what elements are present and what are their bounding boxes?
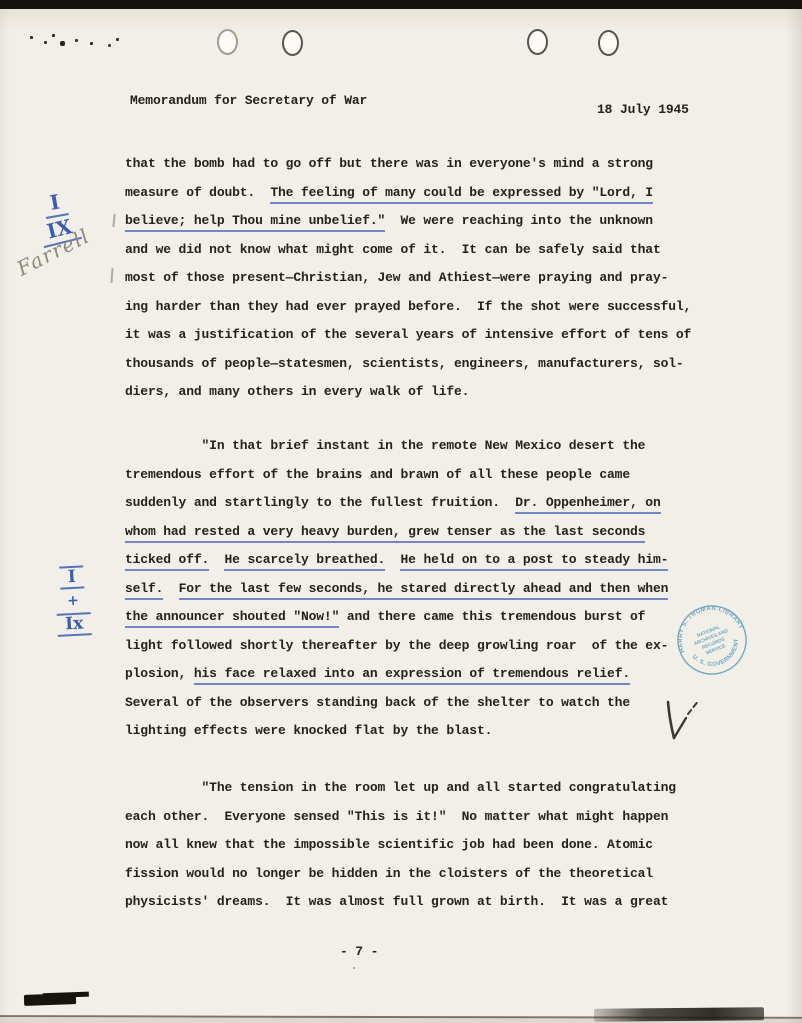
margin-roman-numeral-note-2: I + Ix <box>54 563 92 639</box>
text-segment: most of those present—Christian, Jew and… <box>125 270 668 285</box>
text-line: light followed shortly thereafter by the… <box>125 632 668 661</box>
text-line: diers, and many others in every walk of … <box>125 378 691 407</box>
underlined-text: the announcer shouted "Now!" <box>125 609 339 628</box>
text-line: thousands of people—statesmen, scientist… <box>125 350 691 379</box>
text-segment: thousands of people—statesmen, scientist… <box>125 356 684 371</box>
page-number: - 7 - <box>340 944 378 959</box>
hole-punch <box>527 29 548 55</box>
text-line: it was a justification of the several ye… <box>125 321 691 350</box>
text-segment: and there came this tremendous burst of <box>339 609 645 624</box>
truman-library-archive-stamp: HARRY S. TRUMAN LIBRARY U. S. GOVERNMENT… <box>666 594 758 686</box>
text-segment: "In that brief instant in the remote New… <box>125 438 645 453</box>
text-segment: measure of doubt. <box>125 185 270 200</box>
text-segment: now all knew that the impossible scienti… <box>125 837 653 852</box>
underlined-text: He held on to a post to steady him- <box>400 552 668 571</box>
text-segment: that the bomb had to go off but there wa… <box>125 156 653 171</box>
text-segment: and we did not know what might come of i… <box>125 242 661 257</box>
text-segment: it was a justification of the several ye… <box>125 327 691 342</box>
text-line: ticked off. He scarcely breathed. He hel… <box>125 546 668 575</box>
text-line: ing harder than they had ever prayed bef… <box>125 293 691 322</box>
text-line: and we did not know what might come of i… <box>125 236 691 265</box>
underlined-text: For the last few seconds, he stared dire… <box>179 581 669 600</box>
underlined-text: ticked off. <box>125 552 209 571</box>
text-line: lighting effects were knocked flat by th… <box>125 717 668 746</box>
text-segment: lighting effects were knocked flat by th… <box>125 723 492 738</box>
paragraph: "The tension in the room let up and all … <box>125 774 676 917</box>
text-segment: suddenly and startlingly to the fullest … <box>125 495 515 510</box>
scan-top-edge-artifact <box>0 0 802 9</box>
text-line: that the bomb had to go off but there wa… <box>125 150 691 179</box>
text-line: "The tension in the room let up and all … <box>125 774 676 803</box>
scan-dot <box>353 967 355 969</box>
plus-mark: + <box>67 594 79 609</box>
hole-punch <box>598 30 619 56</box>
text-line: the announcer shouted "Now!" and there c… <box>125 603 668 632</box>
underlined-text: his face relaxed into an expression of t… <box>194 666 630 685</box>
text-line: "In that brief instant in the remote New… <box>125 432 668 461</box>
memo-header-title: Memorandum for Secretary of War <box>130 93 367 108</box>
text-line: fission would no longer be hidden in the… <box>125 860 676 889</box>
text-line: believe; help Thou mine unbelief." We we… <box>125 207 691 236</box>
hole-punch <box>217 29 238 55</box>
memo-date: 18 July 1945 <box>597 102 689 117</box>
text-line: tremendous effort of the brains and braw… <box>125 461 668 490</box>
checkmark-annotation <box>652 688 712 748</box>
roman-numeral-Ix: Ix <box>57 612 92 637</box>
text-segment: light followed shortly thereafter by the… <box>125 638 668 653</box>
text-line: now all knew that the impossible scienti… <box>125 831 676 860</box>
text-line: physicists' dreams. It was almost full g… <box>125 888 676 917</box>
underlined-text: believe; help Thou mine unbelief." <box>125 213 385 232</box>
text-line: self. For the last few seconds, he stare… <box>125 575 668 604</box>
pencil-tick-mark <box>112 214 115 227</box>
underlined-text: whom had rested a very heavy burden, gre… <box>125 524 645 543</box>
text-line: each other. Everyone sensed "This is it!… <box>125 803 676 832</box>
hole-punch <box>282 30 303 56</box>
text-segment: We were reaching into the unknown <box>385 213 653 228</box>
text-segment: tremendous effort of the brains and braw… <box>125 467 630 482</box>
text-segment <box>163 581 178 596</box>
scan-speckles <box>30 36 33 39</box>
text-segment: diers, and many others in every walk of … <box>125 384 469 399</box>
paragraph: "In that brief instant in the remote New… <box>125 432 668 746</box>
text-segment: physicists' dreams. It was almost full g… <box>125 894 668 909</box>
text-segment: fission would no longer be hidden in the… <box>125 866 653 881</box>
roman-numeral-I: I <box>59 565 84 589</box>
paragraph: that the bomb had to go off but there wa… <box>125 150 691 407</box>
text-line: plosion, his face relaxed into an expres… <box>125 660 668 689</box>
text-segment: Several of the observers standing back o… <box>125 695 630 710</box>
scan-bottom-left-artifact <box>24 993 76 1006</box>
text-segment: "The tension in the room let up and all … <box>125 780 676 795</box>
text-line: whom had rested a very heavy burden, gre… <box>125 518 668 547</box>
underlined-text: The feeling of many could be expressed b… <box>270 185 653 204</box>
text-line: measure of doubt. The feeling of many co… <box>125 179 691 208</box>
scan-bottom-right-artifact <box>594 1007 764 1021</box>
text-segment: each other. Everyone sensed "This is it!… <box>125 809 668 824</box>
text-segment <box>385 552 400 567</box>
text-line: suddenly and startlingly to the fullest … <box>125 489 668 518</box>
text-line: most of those present—Christian, Jew and… <box>125 264 691 293</box>
text-segment: plosion, <box>125 666 194 681</box>
underlined-text: Dr. Oppenheimer, on <box>515 495 660 514</box>
underlined-text: He scarcely breathed. <box>224 552 385 571</box>
text-segment: ing harder than they had ever prayed bef… <box>125 299 691 314</box>
scanned-memo-page: Memorandum for Secretary of War 18 July … <box>0 0 802 1023</box>
text-line: Several of the observers standing back o… <box>125 689 668 718</box>
pencil-tick-mark <box>110 268 113 283</box>
underlined-text: self. <box>125 581 163 600</box>
text-segment <box>209 552 224 567</box>
